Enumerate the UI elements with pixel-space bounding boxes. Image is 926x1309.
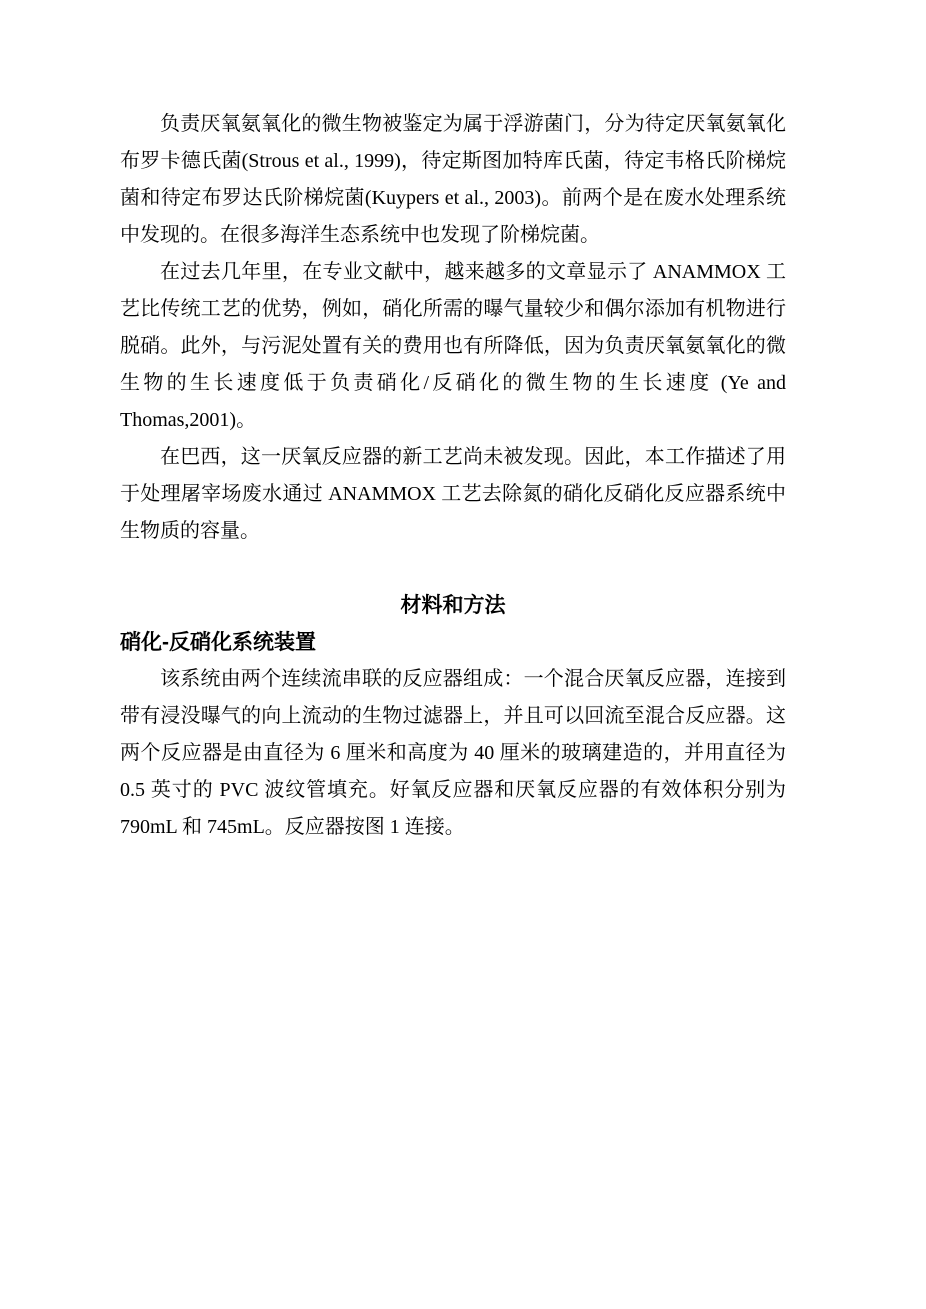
- intro-paragraph-anammox-advantages: 在过去几年里，在专业文献中，越来越多的文章显示了 ANAMMOX 工艺比传统工艺…: [120, 254, 786, 439]
- document-page: 负责厌氧氨氧化的微生物被鉴定为属于浮游菌门，分为待定厌氧氨氧化布罗卡德氏菌(St…: [0, 0, 926, 1309]
- section-heading-materials-and-methods: 材料和方法: [120, 587, 786, 624]
- intro-paragraph-brazil-objective: 在巴西，这一厌氧反应器的新工艺尚未被发现。因此，本工作描述了用于处理屠宰场废水通…: [120, 439, 786, 550]
- subsection-heading-nitrification-denitrification-system: 硝化-反硝化系统装置: [120, 624, 786, 661]
- intro-paragraph-anammox-microorganisms: 负责厌氧氨氧化的微生物被鉴定为属于浮游菌门，分为待定厌氧氨氧化布罗卡德氏菌(St…: [120, 106, 786, 254]
- body-paragraph-reactor-system-description: 该系统由两个连续流串联的反应器组成：一个混合厌氧反应器，连接到带有浸没曝气的向上…: [120, 661, 786, 846]
